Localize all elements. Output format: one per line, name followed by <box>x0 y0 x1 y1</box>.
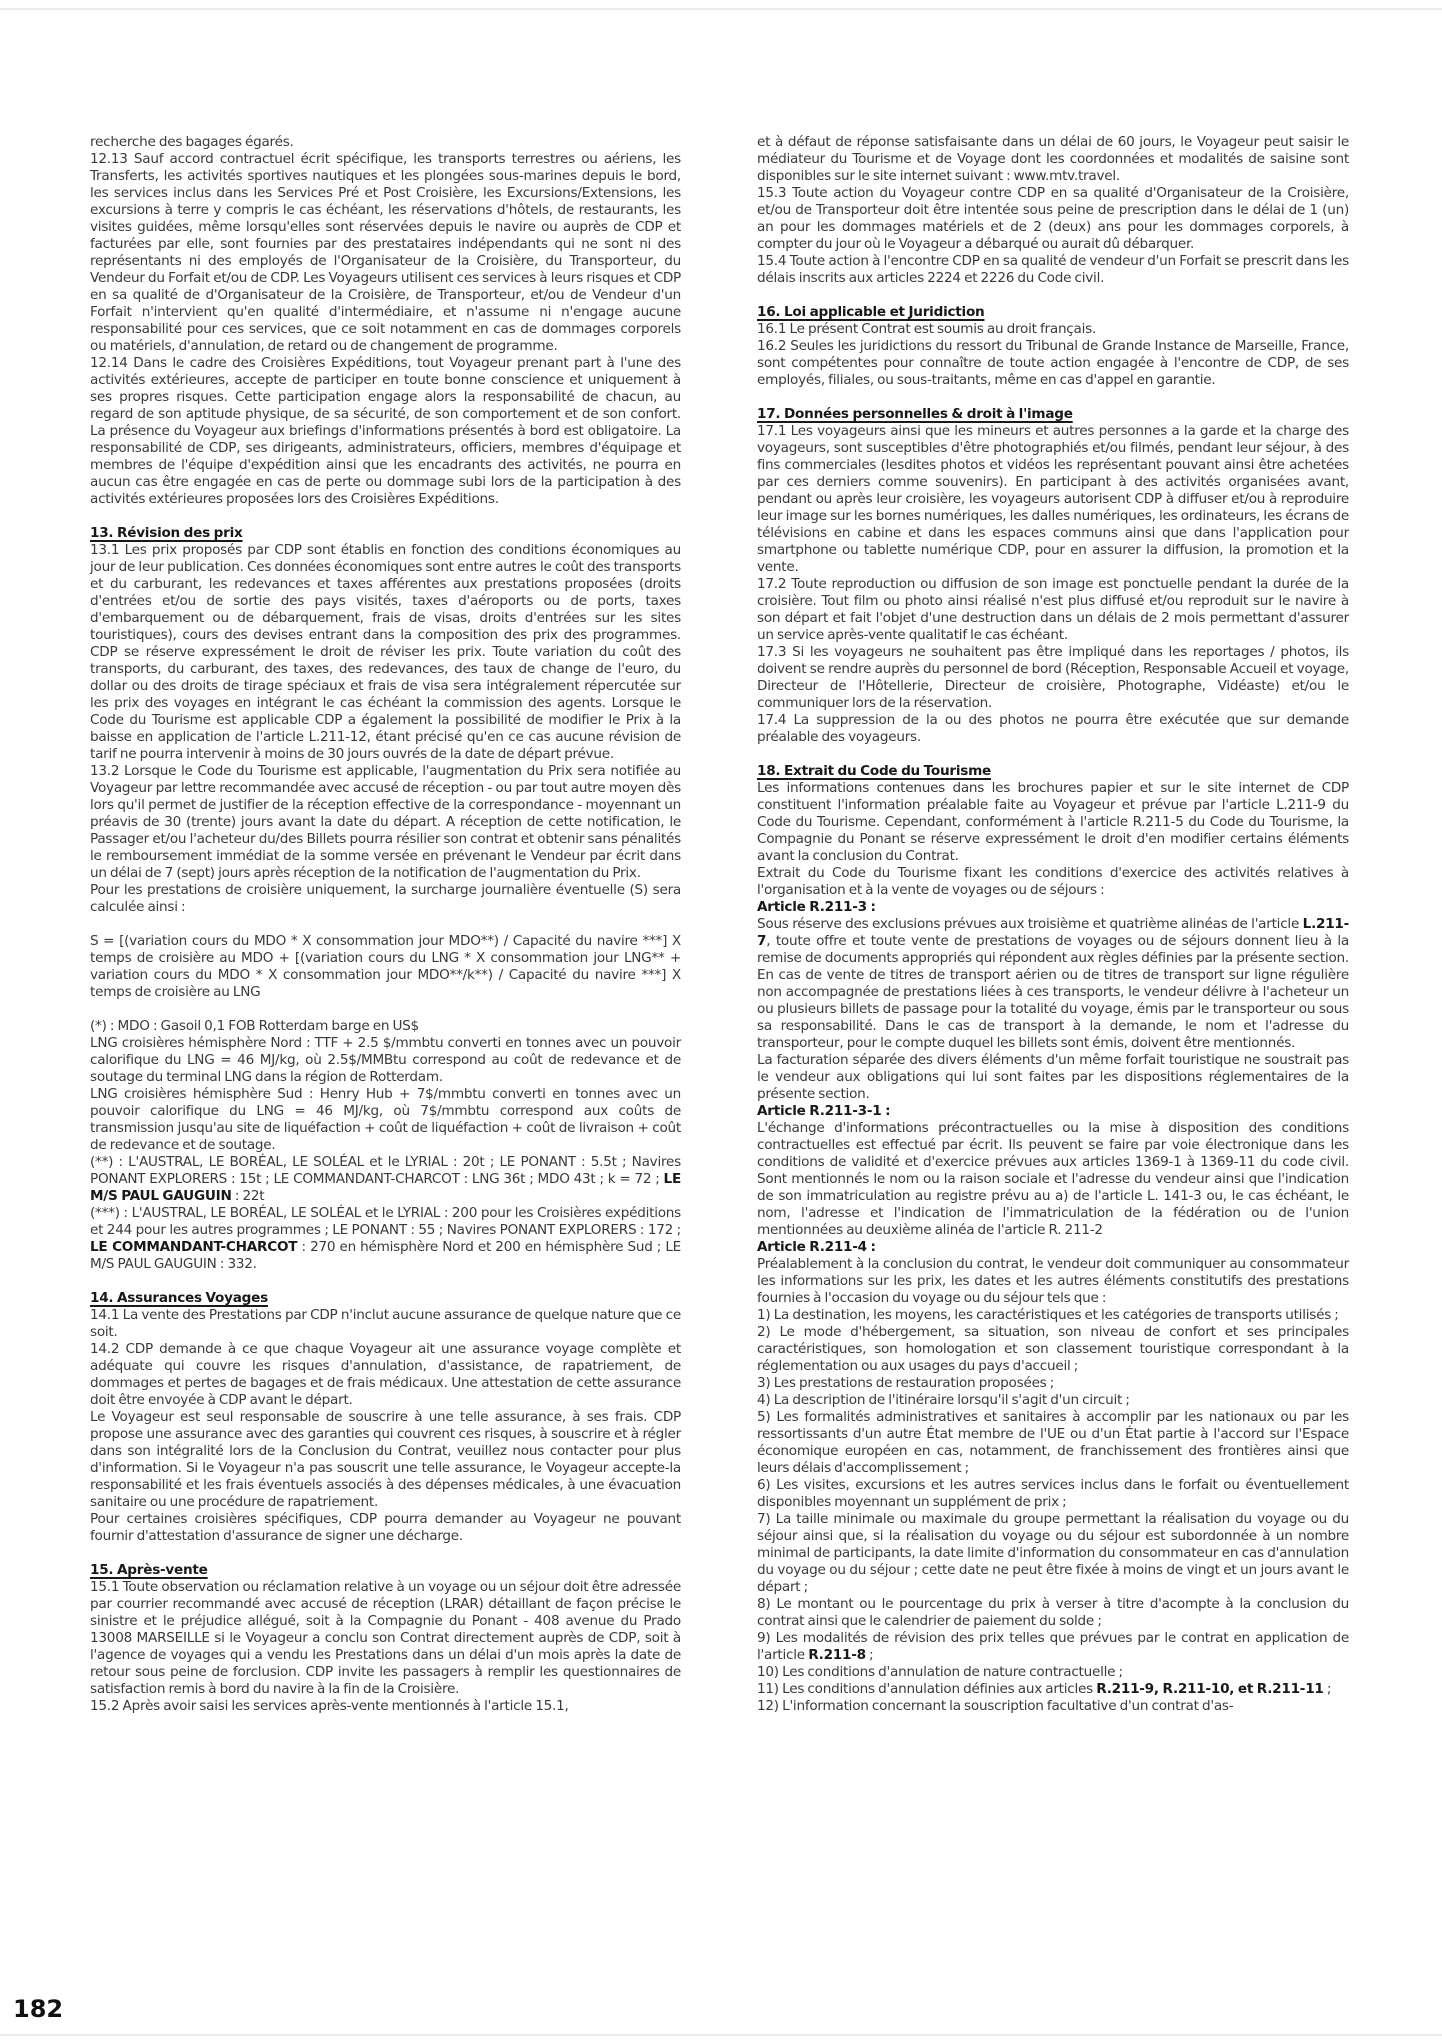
paragraph: Les informations contenues dans les broc… <box>757 780 1349 865</box>
paragraph: recherche des bagages égarés. <box>90 134 681 151</box>
paragraph: 3) Les prestations de restauration propo… <box>757 1375 1349 1392</box>
paragraph: 7) La taille minimale ou maximale du gro… <box>757 1511 1349 1596</box>
paragraph: 10) Les conditions d'annulation de natur… <box>757 1664 1349 1681</box>
article-heading: Article R.211-3 : <box>757 899 1349 916</box>
paragraph: Extrait du Code du Tourisme fixant les c… <box>757 865 1349 899</box>
paragraph: 17.4 La suppression de la ou des photos … <box>757 712 1349 746</box>
paragraph: 15.2 Après avoir saisi les services aprè… <box>90 1698 681 1715</box>
paragraph: Le Voyageur est seul responsable de sous… <box>90 1409 681 1511</box>
paragraph: 2) Le mode d'hébergement, sa situation, … <box>757 1324 1349 1375</box>
page-bottom-edge <box>0 2034 1442 2036</box>
text-column-left: recherche des bagages égarés.12.13 Sauf … <box>90 134 681 1715</box>
section-heading: 15. Après-vente <box>90 1562 681 1579</box>
paragraph: 17.1 Les voyageurs ainsi que les mineurs… <box>757 423 1349 576</box>
section-heading: 13. Révision des prix <box>90 525 681 542</box>
paragraph: 11) Les conditions d'annulation définies… <box>757 1681 1349 1698</box>
article-heading: Article R.211-3-1 : <box>757 1103 1349 1120</box>
article-heading: Article R.211-4 : <box>757 1239 1349 1256</box>
section-heading: 16. Loi applicable et Juridiction <box>757 304 1349 321</box>
section-heading: 14. Assurances Voyages <box>90 1290 681 1307</box>
paragraph: L'échange d'informations précontractuell… <box>757 1120 1349 1239</box>
page-number: 182 <box>13 1995 63 2023</box>
paragraph: LNG croisières hémisphère Sud : Henry Hu… <box>90 1086 681 1154</box>
paragraph: et à défaut de réponse satisfaisante dan… <box>757 134 1349 185</box>
paragraph: 13.2 Lorsque le Code du Tourisme est app… <box>90 763 681 882</box>
paragraph: (**) : L'AUSTRAL, LE BORÉAL, LE SOLÉAL e… <box>90 1154 681 1205</box>
paragraph: Sous réserve des exclusions prévues aux … <box>757 916 1349 1052</box>
paragraph: S = [(variation cours du MDO * X consomm… <box>90 933 681 1001</box>
paragraph: (*) : MDO : Gasoil 0,1 FOB Rotterdam bar… <box>90 1018 681 1035</box>
paragraph: 17.3 Si les voyageurs ne souhaitent pas … <box>757 644 1349 712</box>
paragraph: 15.3 Toute action du Voyageur contre CDP… <box>757 185 1349 253</box>
text-column-right: et à défaut de réponse satisfaisante dan… <box>757 134 1349 1715</box>
paragraph: Préalablement à la conclusion du contrat… <box>757 1256 1349 1307</box>
paragraph: 6) Les visites, excursions et les autres… <box>757 1477 1349 1511</box>
paragraph: La facturation séparée des divers élémen… <box>757 1052 1349 1103</box>
paragraph: Pour les prestations de croisière unique… <box>90 882 681 916</box>
paragraph: (***) : L'AUSTRAL, LE BORÉAL, LE SOLÉAL … <box>90 1205 681 1273</box>
section-heading: 18. Extrait du Code du Tourisme <box>757 763 1349 780</box>
paragraph: Pour certaines croisières spécifiques, C… <box>90 1511 681 1545</box>
paragraph: 15.1 Toute observation ou réclamation re… <box>90 1579 681 1698</box>
terms-document-page: recherche des bagages égarés.12.13 Sauf … <box>0 0 1442 2040</box>
paragraph: 13.1 Les prix proposés par CDP sont étab… <box>90 542 681 763</box>
paragraph: 14.2 CDP demande à ce que chaque Voyageu… <box>90 1341 681 1409</box>
paragraph: 14.1 La vente des Prestations par CDP n'… <box>90 1307 681 1341</box>
paragraph: 12.13 Sauf accord contractuel écrit spéc… <box>90 151 681 355</box>
paragraph: 4) La description de l'itinéraire lorsqu… <box>757 1392 1349 1409</box>
paragraph: 16.1 Le présent Contrat est soumis au dr… <box>757 321 1349 338</box>
paragraph: 12) L'information concernant la souscrip… <box>757 1698 1349 1715</box>
paragraph: 17.2 Toute reproduction ou diffusion de … <box>757 576 1349 644</box>
paragraph: 8) Le montant ou le pourcentage du prix … <box>757 1596 1349 1630</box>
paragraph: 1) La destination, les moyens, les carac… <box>757 1307 1349 1324</box>
section-heading: 17. Données personnelles & droit à l'ima… <box>757 406 1349 423</box>
paragraph: 5) Les formalités administratives et san… <box>757 1409 1349 1477</box>
paragraph: LNG croisières hémisphère Nord : TTF + 2… <box>90 1035 681 1086</box>
paragraph: 9) Les modalités de révision des prix te… <box>757 1630 1349 1664</box>
paragraph: 16.2 Seules les juridictions du ressort … <box>757 338 1349 389</box>
paragraph: 15.4 Toute action à l'encontre CDP en sa… <box>757 253 1349 287</box>
paragraph: 12.14 Dans le cadre des Croisières Expéd… <box>90 355 681 508</box>
page-top-edge <box>0 8 1442 10</box>
